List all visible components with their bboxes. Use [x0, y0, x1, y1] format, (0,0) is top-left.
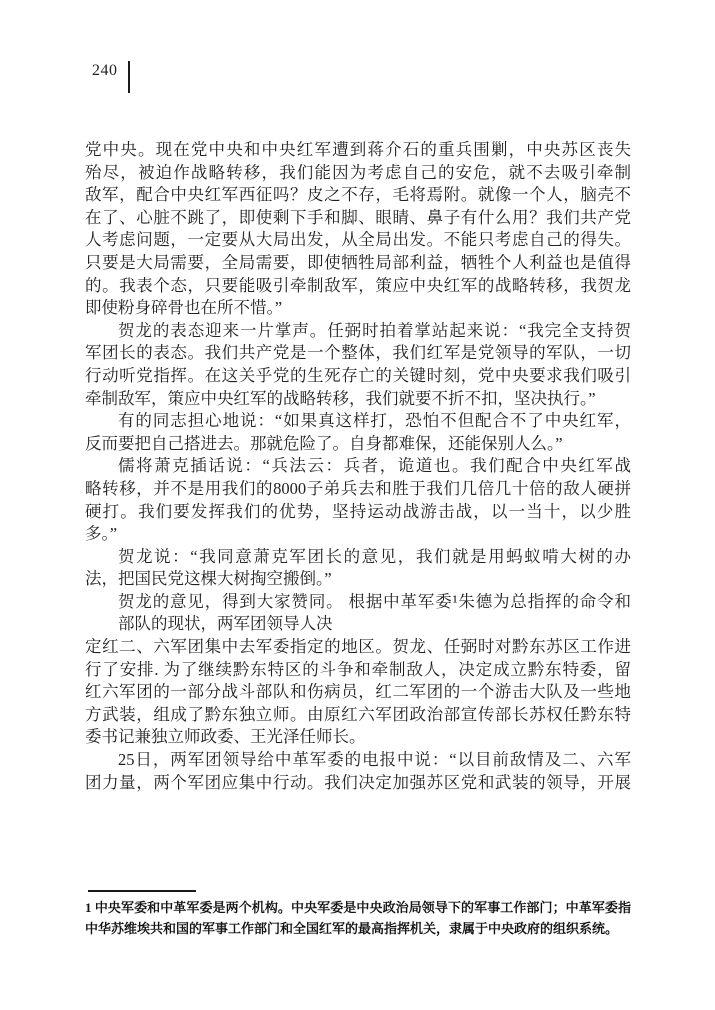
text-line: 人考虑问题，一定要从大局出发，从全局出发。不能只考虑自己的得失。 [85, 229, 631, 252]
text-line: 牵制敌军，策应中央红军的战略转移，我们就要不折不扣，坚决执行。” [85, 388, 631, 411]
text-line: 红六军团的一部分战斗部队和伤病员，红二军团的一个游击大队及一些地 [85, 681, 631, 704]
text-line: 的。我表个态，只要能吸引牵制敌军，策应中央红军的战略转移，我贺龙 [85, 275, 631, 298]
text-line: 即使粉身碎骨也在所不惜。” [85, 297, 631, 320]
text-line: 行了安排. 为了继续黔东特区的斗争和牵制敌人，决定成立黔东特委，留 [85, 659, 631, 682]
page-number-divider [128, 61, 130, 93]
text-line: 部队的现状，两军团领导人决 [85, 613, 631, 636]
text-line: 委书记兼独立师政委、王光泽任师长。 [85, 726, 631, 749]
book-page: { "page": { "number": "240" }, "body": {… [0, 0, 715, 1010]
text-line: 行动听党指挥。在这关乎党的生死存亡的关键时刻，党中央要求我们吸引 [85, 365, 631, 388]
text-line: 硬打。我们要发挥我们的优势，坚持运动战游击战，以一当十，以少胜 [85, 501, 631, 524]
text-line: 军团长的表态。我们共产党是一个整体，我们红军是党领导的军队，一切 [85, 342, 631, 365]
text-line: 贺龙的意见，得到大家赞同。 根据中革军委¹朱德为总指挥的命令和 [85, 591, 631, 614]
text-line: 反而要把自己搭进去。那就危险了。自身都难保，还能保别人么。” [85, 433, 631, 456]
text-line: 敌军，配合中央红军西征吗？皮之不存，毛将焉附。就像一个人，脑壳不 [85, 184, 631, 207]
text-line: 党中央。现在党中央和中央红军遭到蒋介石的重兵围剿，中央苏区丧失 [85, 139, 631, 162]
body-text: 党中央。现在党中央和中央红军遭到蒋介石的重兵围剿，中央苏区丧失 殆尽，被迫作战略… [85, 139, 631, 794]
footnote-divider [88, 890, 196, 892]
text-line: 有的同志担心地说：“如果真这样打，恐怕不但配合不了中央红军， [85, 410, 631, 433]
text-line: 只要是大局需要，全局需要，即使牺牲局部利益，牺牲个人利益也是值得 [85, 252, 631, 275]
text-line: 殆尽，被迫作战略转移，我们能因为考虑自己的安危，就不去吸引牵制 [85, 162, 631, 185]
page-number: 240 [92, 62, 118, 80]
text-line: 团力量，两个军团应集中行动。我们决定加强苏区党和武装的领导，开展 [85, 772, 631, 795]
footnote: 1 中央军委和中革军委是两个机构。中央军委是中央政治局领导下的军事工作部门；中革… [85, 898, 631, 939]
text-line: 多。” [85, 523, 631, 546]
text-line: 贺龙说：“我同意萧克军团长的意见，我们就是用蚂蚁啃大树的办 [85, 546, 631, 569]
text-line: 略转移，并不是用我们的8000子弟兵去和胜于我们几倍几十倍的敌人硬拼 [85, 478, 631, 501]
footnote-line: 1 中央军委和中革军委是两个机构。中央军委是中央政治局领导下的军事工作部门；中革… [85, 898, 631, 919]
text-line: 方武装，组成了黔东独立师。由原红六军团政治部宣传部长苏权任黔东特 [85, 704, 631, 727]
text-line: 贺龙的表态迎来一片掌声。任弼时拍着掌站起来说：“我完全支持贺 [85, 320, 631, 343]
text-line: 25日，两军团领导给中革军委的电报中说：“以目前敌情及二、六军 [85, 749, 631, 772]
text-line: 在了、心脏不跳了，即使剩下手和脚、眼睛、鼻子有什么用？我们共产党 [85, 207, 631, 230]
footnote-line: 中华苏维埃共和国的军事工作部门和全国红军的最高指挥机关，隶属于中央政府的组织系统… [85, 919, 631, 940]
text-line: 儒将萧克插话说：“兵法云：兵者，诡道也。我们配合中央红军战 [85, 455, 631, 478]
text-line: 定红二、六军团集中去军委指定的地区。贺龙、任弼时对黔东苏区工作进 [85, 636, 631, 659]
text-line: 法，把国民党这棵大树掏空搬倒。” [85, 568, 631, 591]
